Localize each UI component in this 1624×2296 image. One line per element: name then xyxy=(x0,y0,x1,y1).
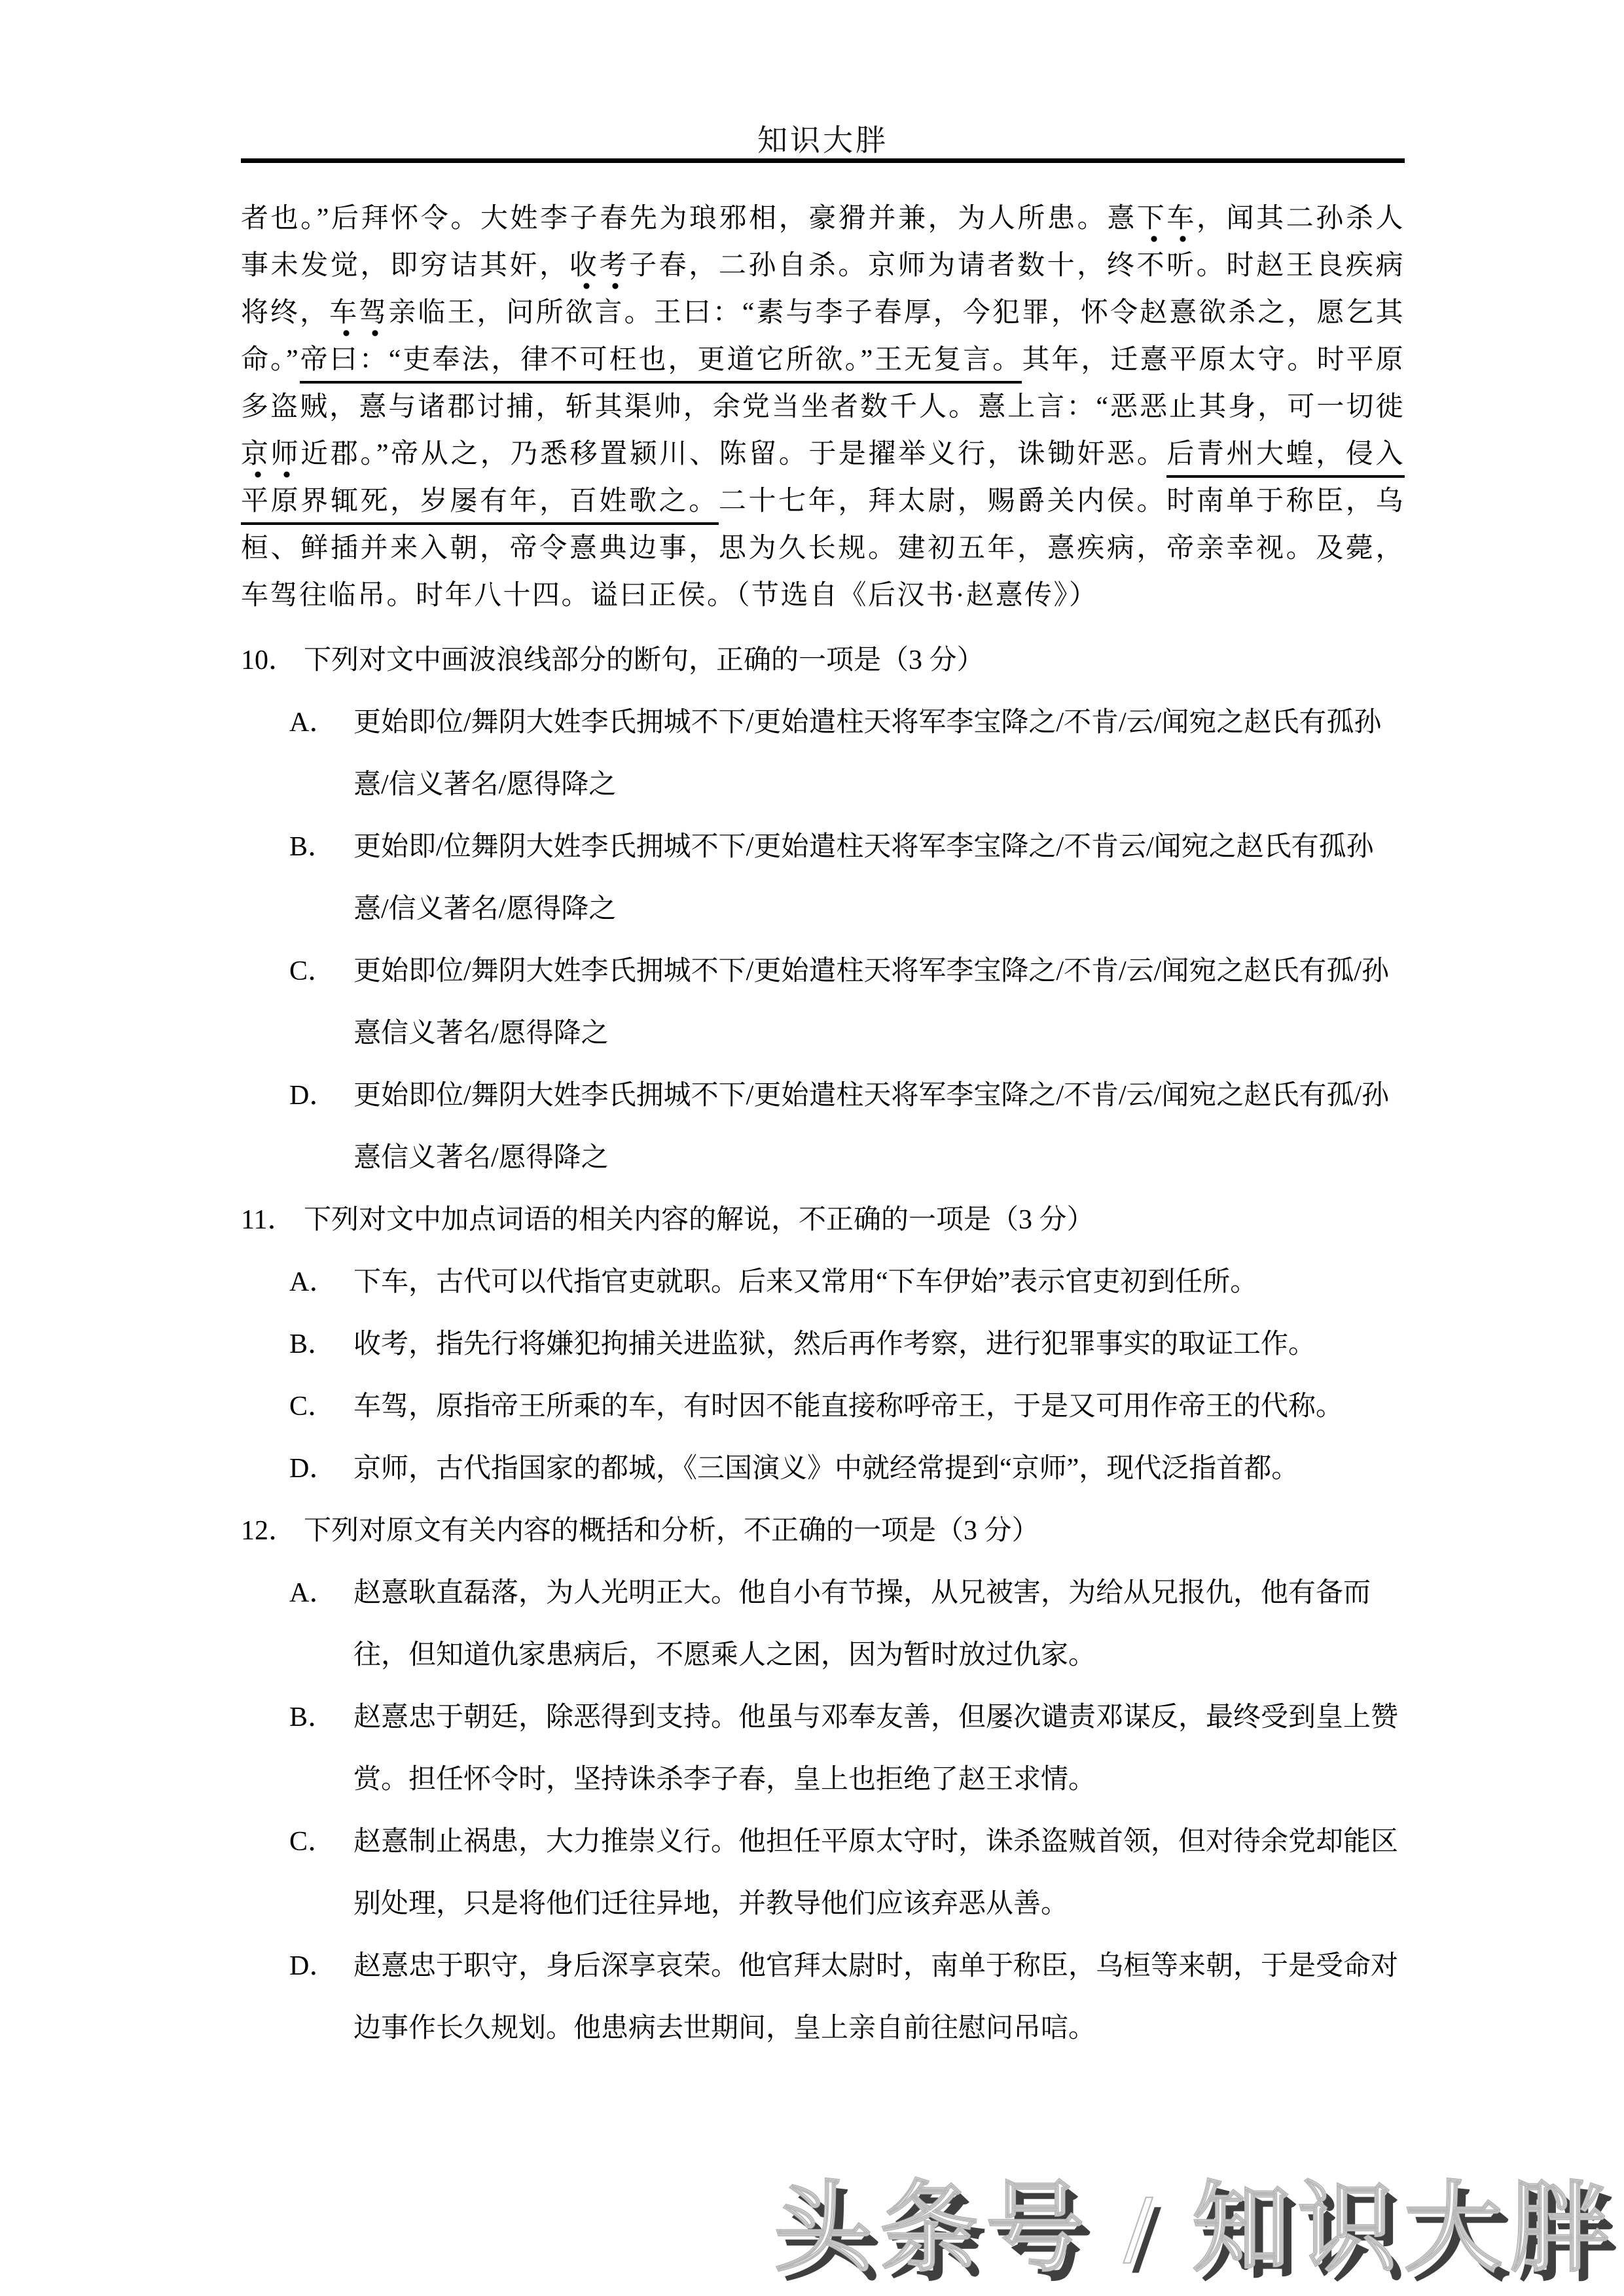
option-label: D． xyxy=(289,1438,353,1500)
option-text: 车驾，原指帝王所乘的车，有时因不能直接称呼帝王，于是又可用作帝王的代称。 xyxy=(353,1391,1343,1422)
option-A: A．赵憙耿直磊落，为人光明正大。他自小有节操，从兄被害，为给从兄报仇，他有备而往… xyxy=(241,1562,1405,1687)
option-C: C．更始即位/舞阴大姓李氏拥城不下/更始遣柱天将军李宝降之/不肯/云/闻宛之赵氏… xyxy=(241,941,1405,1065)
option-text: 更始即位/舞阴大姓李氏拥城不下/更始遣柱天将军李宝降之/不肯/云/闻宛之赵氏有孤… xyxy=(353,1081,1389,1173)
exam-page: 知识大胖 者也。”后拜怀令。大姓李子春先为琅邪相，豪猾并兼，为人所患。憙下车，闻… xyxy=(0,0,1624,2296)
questions-section: 10．下列对文中画波浪线部分的断句，正确的一项是（3 分）A．更始即位/舞阴大姓… xyxy=(241,630,1405,2060)
option-A: A．更始即位/舞阴大姓李氏拥城不下/更始遣柱天将军李宝降之/不肯/云/闻宛之赵氏… xyxy=(241,692,1405,816)
page-header-title: 知识大胖 xyxy=(241,117,1405,160)
option-C: C．赵憙制止祸患，大力推崇义行。他担任平原太守时，诛杀盗贼首领，但对待余党却能区… xyxy=(241,1811,1405,1935)
underlined-text: 帝曰：“吏奉法，律不可枉也，更道它所欲。”王无复言。 xyxy=(300,345,1022,384)
question-number: 10． xyxy=(241,630,304,692)
passage-paragraph: 者也。”后拜怀令。大姓李子春先为琅邪相，豪猾并兼，为人所患。憙下车，闻其二孙杀人… xyxy=(241,195,1405,619)
option-label: C． xyxy=(289,1811,353,1873)
question-10: 10．下列对文中画波浪线部分的断句，正确的一项是（3 分）A．更始即位/舞阴大姓… xyxy=(241,630,1405,1189)
question-stem: 10．下列对文中画波浪线部分的断句，正确的一项是（3 分） xyxy=(241,630,1405,692)
option-text: 赵憙制止祸患，大力推崇义行。他担任平原太守时，诛杀盗贼首领，但对待余党却能区别处… xyxy=(353,1827,1398,1919)
option-B: B．收考，指先行将嫌犯拘捕关进监狱，然后再作考察，进行犯罪事实的取证工作。 xyxy=(241,1314,1405,1376)
header-rule xyxy=(241,158,1405,163)
question-12: 12．下列对原文有关内容的概括和分析，不正确的一项是（3 分）A．赵憙耿直磊落，… xyxy=(241,1500,1405,2060)
option-text: 收考，指先行将嫌犯拘捕关进监狱，然后再作考察，进行犯罪事实的取证工作。 xyxy=(353,1329,1316,1359)
option-label: C． xyxy=(289,1376,353,1438)
option-text: 赵憙忠于职守，身后深享哀荣。他官拜太尉时，南单于称臣，乌桓等来朝，于是受命对边事… xyxy=(353,1951,1398,2043)
option-label: A． xyxy=(289,692,353,754)
passage-text-segment: 者也。”后拜怀令。大姓李子春先为琅邪相，豪猾并兼，为人所患。憙 xyxy=(241,204,1137,234)
emphasis-dots-text: 下车 xyxy=(1137,204,1197,243)
option-C: C．车驾，原指帝王所乘的车，有时因不能直接称呼帝王，于是又可用作帝王的代称。 xyxy=(241,1376,1405,1438)
option-D: D．赵憙忠于职守，身后深享哀荣。他官拜太尉时，南单于称臣，乌桓等来朝，于是受命对… xyxy=(241,1935,1405,2060)
option-text: 赵憙耿直磊落，为人光明正大。他自小有节操，从兄被害，为给从兄报仇，他有备而往，但… xyxy=(353,1578,1371,1670)
question-number: 11． xyxy=(241,1189,304,1251)
option-text: 更始即位/舞阴大姓李氏拥城不下/更始遣柱天将军李宝降之/不肯/云/闻宛之赵氏有孤… xyxy=(353,956,1389,1049)
option-text: 京师，古代指国家的都城，《三国演义》中就经常提到“京师”，现代泛指首都。 xyxy=(353,1454,1299,1484)
option-label: B． xyxy=(289,816,353,878)
option-D: D．京师，古代指国家的都城，《三国演义》中就经常提到“京师”，现代泛指首都。 xyxy=(241,1438,1405,1500)
option-A: A．下车，古代可以代指官吏就职。后来又常用“下车伊始”表示官吏初到任所。 xyxy=(241,1251,1405,1314)
question-stem-text: 下列对文中画波浪线部分的断句，正确的一项是（3 分） xyxy=(304,645,984,675)
option-label: D． xyxy=(289,1065,353,1127)
question-stem: 11．下列对文中加点词语的相关内容的解说，不正确的一项是（3 分） xyxy=(241,1189,1405,1251)
watermark-text: 头条号 / 知识大胖 xyxy=(774,2149,1616,2290)
option-label: B． xyxy=(289,1687,353,1749)
question-stem-text: 下列对文中加点词语的相关内容的解说，不正确的一项是（3 分） xyxy=(304,1205,1094,1235)
option-text: 下车，古代可以代指官吏就职。后来又常用“下车伊始”表示官吏初到任所。 xyxy=(353,1267,1257,1297)
option-text: 更始即位/舞阴大姓李氏拥城不下/更始遣柱天将军李宝降之/不肯/云/闻宛之赵氏有孤… xyxy=(353,708,1381,800)
question-stem-text: 下列对原文有关内容的概括和分析，不正确的一项是（3 分） xyxy=(304,1516,1039,1546)
option-D: D．更始即位/舞阴大姓李氏拥城不下/更始遣柱天将军李宝降之/不肯/云/闻宛之赵氏… xyxy=(241,1065,1405,1189)
emphasis-dots-text: 京师 xyxy=(241,439,300,478)
option-label: A． xyxy=(289,1562,353,1624)
question-number: 12． xyxy=(241,1500,304,1562)
option-label: C． xyxy=(289,941,353,1003)
emphasis-dots-text: 收考 xyxy=(569,251,629,290)
option-label: D． xyxy=(289,1935,353,1998)
option-B: B．更始即/位舞阴大姓李氏拥城不下/更始遣柱天将军李宝降之/不肯云/闻宛之赵氏有… xyxy=(241,816,1405,941)
emphasis-dots-text: 车驾 xyxy=(329,298,388,337)
question-11: 11．下列对文中加点词语的相关内容的解说，不正确的一项是（3 分）A．下车，古代… xyxy=(241,1189,1405,1500)
passage-text-segment: 近郡。”帝从之，乃悉移置颍川、陈留。于是擢举义行，诛锄奸恶。 xyxy=(300,439,1166,469)
option-B: B．赵憙忠于朝廷，除恶得到支持。他虽与邓奉友善，但屡次谴责邓谋反，最终受到皇上赞… xyxy=(241,1687,1405,1811)
option-label: A． xyxy=(289,1251,353,1314)
question-stem: 12．下列对原文有关内容的概括和分析，不正确的一项是（3 分） xyxy=(241,1500,1405,1562)
option-text: 赵憙忠于朝廷，除恶得到支持。他虽与邓奉友善，但屡次谴责邓谋反，最终受到皇上赞赏。… xyxy=(353,1702,1398,1795)
option-label: B． xyxy=(289,1314,353,1376)
option-text: 更始即/位舞阴大姓李氏拥城不下/更始遣柱天将军李宝降之/不肯云/闻宛之赵氏有孤孙… xyxy=(353,832,1374,924)
